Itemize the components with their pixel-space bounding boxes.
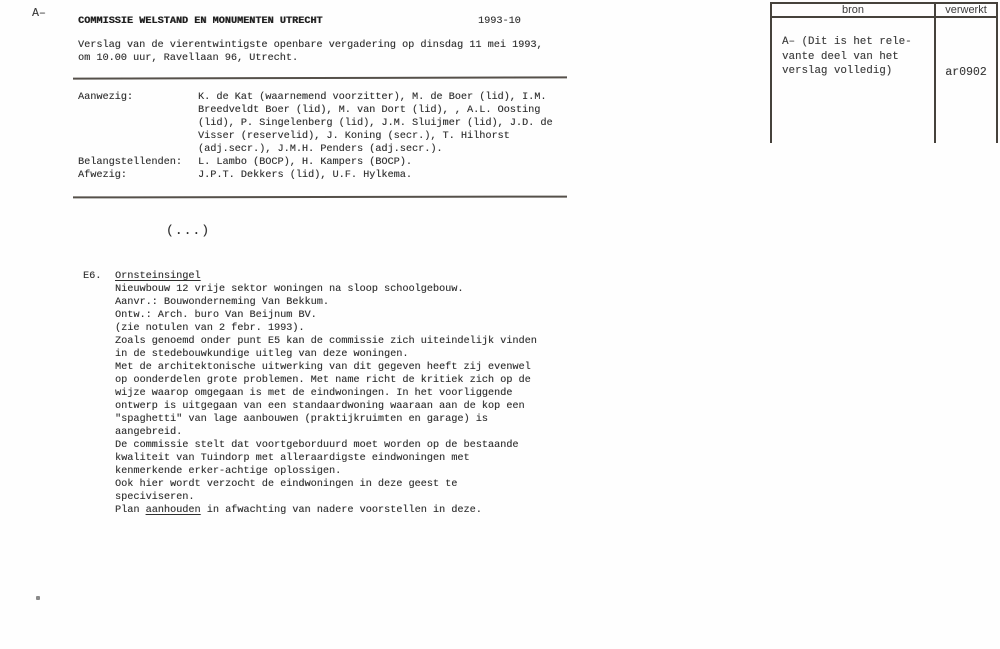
agenda-item-e6: E6. Ornsteinsingel Nieuwbouw 12 vrije se… [83, 270, 537, 517]
page-title: COMMISSIE WELSTAND EN MONUMENTEN UTRECHT [78, 15, 323, 28]
attendee-label: Afwezig: [78, 169, 198, 182]
stamp-header-bron: bron [772, 4, 936, 16]
stamp-bron-note: A– (Dit is het rele- vante deel van het … [772, 18, 936, 143]
decision-prefix: Plan [115, 505, 146, 516]
stamp-table-header: bron verwerkt [772, 4, 996, 18]
omission-ellipsis: (...) [166, 224, 210, 237]
attendee-row-afwezig: Afwezig: J.P.T. Dekkers (lid), U.F. Hylk… [78, 169, 553, 182]
stamp-table: bron verwerkt A– (Dit is het rele- vante… [770, 2, 998, 143]
decision-suffix: in afwachting van nadere voorstellen in … [201, 505, 482, 516]
attendee-label: Aanwezig: [78, 91, 198, 156]
item-content: Ornsteinsingel Nieuwbouw 12 vrije sektor… [115, 270, 537, 517]
stamp-header-verwerkt: verwerkt [936, 4, 996, 16]
attendee-value: J.P.T. Dekkers (lid), U.F. Hylkema. [198, 169, 412, 182]
stamp-verwerkt-code: ar0902 [936, 18, 996, 143]
margin-mark: A– [32, 7, 46, 20]
item-heading: Ornsteinsingel [115, 270, 537, 283]
decision-keyword: aanhouden [146, 505, 201, 516]
attendee-row-belangstellenden: Belangstellenden: L. Lambo (BOCP), H. Ka… [78, 156, 553, 169]
divider-rule-middle [73, 196, 567, 199]
attendee-value: L. Lambo (BOCP), H. Kampers (BOCP). [198, 156, 412, 169]
item-body: Nieuwbouw 12 vrije sektor woningen na sl… [115, 283, 537, 504]
decision-line: Plan aanhouden in afwachting van nadere … [115, 504, 537, 517]
item-number: E6. [83, 270, 115, 517]
attendees-list: Aanwezig: K. de Kat (waarnemend voorzitt… [78, 91, 553, 182]
doc-number: 1993-10 [478, 15, 521, 28]
scanned-document-page: A– COMMISSIE WELSTAND EN MONUMENTEN UTRE… [0, 0, 1000, 649]
attendee-value: K. de Kat (waarnemend voorzitter), M. de… [198, 91, 553, 156]
scan-speck [36, 596, 40, 600]
meeting-intro: Verslag van de vierentwintigste openbare… [78, 39, 543, 65]
attendee-row-aanwezig: Aanwezig: K. de Kat (waarnemend voorzitt… [78, 91, 553, 156]
attendee-label: Belangstellenden: [78, 156, 198, 169]
stamp-table-body: A– (Dit is het rele- vante deel van het … [772, 18, 996, 143]
divider-rule-top [73, 76, 567, 79]
